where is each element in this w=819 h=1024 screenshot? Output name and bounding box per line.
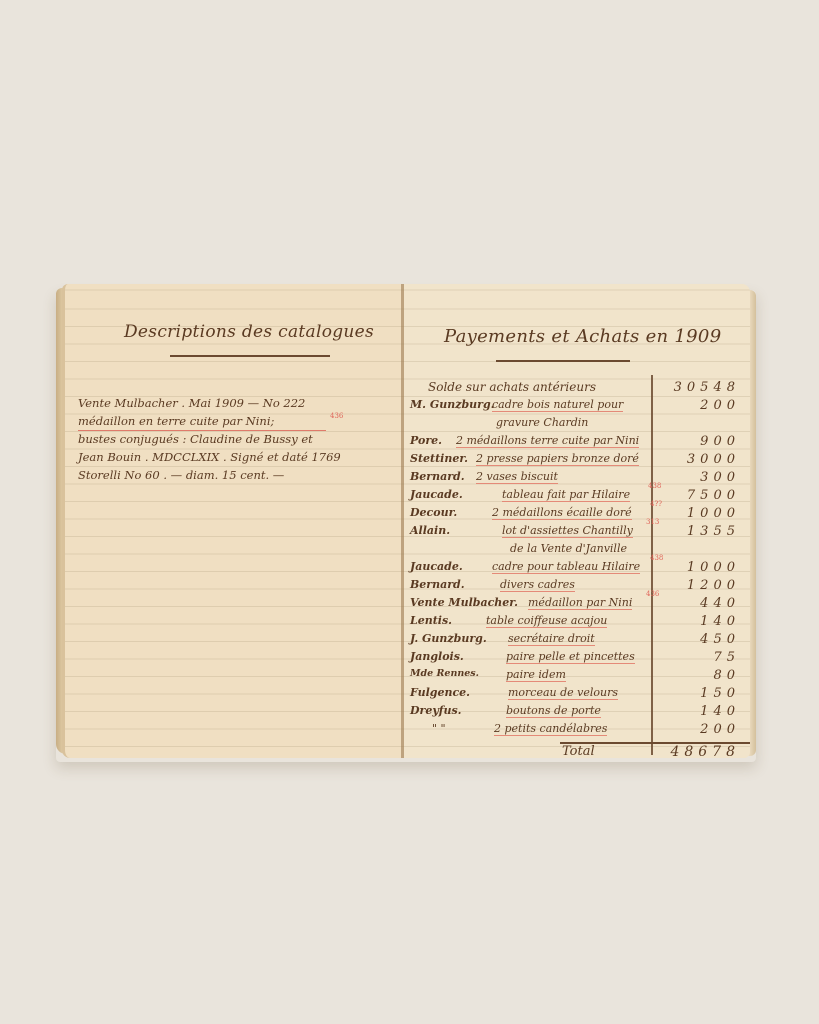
- entry-amount: 450: [700, 632, 740, 647]
- entry-description: cadre pour tableau Hilaire: [492, 560, 640, 574]
- entry-description: boutons de porte: [506, 704, 601, 718]
- entry-description: paire pelle et pincettes: [506, 650, 635, 664]
- margin-mark: 313: [646, 518, 659, 526]
- entry-amount: 1200: [687, 578, 740, 593]
- ledger-row: gravure Chardin: [410, 416, 750, 434]
- entry-name: Fulgence.: [410, 686, 470, 699]
- ledger-row: Jaucade. tableau fait par Hilaire 438 75…: [410, 488, 750, 506]
- entry-name: Bernard.: [410, 470, 465, 483]
- entry-amount: 150: [700, 686, 740, 701]
- entry-name: Decour.: [410, 506, 457, 519]
- ledger-row: Lentis. table coiffeuse acajou 140: [410, 614, 750, 632]
- entry-description: 2 petits candélabres: [494, 722, 607, 736]
- left-title-underline: [170, 355, 330, 357]
- entry-amount: 140: [700, 704, 740, 719]
- catalogue-line: Jean Bouin . MDCCLXIX . Signé et daté 17…: [78, 450, 341, 464]
- right-page-title: Payements et Achats en 1909: [444, 326, 721, 347]
- ledger-row: Fulgence. morceau de velours 150: [410, 686, 750, 704]
- margin-mark: 4??: [650, 500, 662, 508]
- catalogue-line: bustes conjugués : Claudine de Bussy et: [78, 432, 313, 446]
- entry-description: tableau fait par Hilaire: [502, 488, 630, 502]
- entry-description: lot d'assiettes Chantilly: [502, 524, 633, 538]
- margin-mark: 438: [648, 482, 661, 490]
- left-page-title: Descriptions des catalogues: [124, 322, 374, 342]
- ledger-row: Solde sur achats antérieurs 30548: [410, 380, 750, 398]
- ledger-row: Mde Rennes. paire idem 80: [410, 668, 750, 686]
- margin-mark: 438: [650, 554, 663, 562]
- entry-name: Jaucade.: [410, 488, 463, 501]
- entry-amount: 900: [700, 434, 740, 449]
- notebook-spine: [401, 284, 404, 758]
- entry-name: Dreyfus.: [410, 704, 461, 717]
- entry-name: Jaucade.: [410, 560, 463, 573]
- entry-amount: 75: [713, 650, 740, 665]
- total-row: Total 48678: [410, 744, 750, 760]
- catalogue-line: Storelli No 60 . — diam. 15 cent. —: [78, 468, 284, 482]
- ledger-row: " " 2 petits candélabres 200: [410, 722, 750, 740]
- entry-description: 2 médaillons terre cuite par Nini: [456, 434, 639, 448]
- entry-amount: 1000: [687, 506, 740, 521]
- ledger-row: J. Gunzburg. secrétaire droit 450: [410, 632, 750, 650]
- ledger-row: Stettiner. 2 presse papiers bronze doré …: [410, 452, 750, 470]
- margin-mark: 436: [330, 412, 343, 420]
- entry-amount: 7500: [687, 488, 740, 503]
- entry-description: 2 vases biscuit: [476, 470, 558, 484]
- entry-amount: 1000: [687, 560, 740, 575]
- entry-description: 2 médaillons écaille doré: [492, 506, 632, 520]
- entry-description: 2 presse papiers bronze doré: [476, 452, 639, 466]
- entry-description: Solde sur achats antérieurs: [428, 380, 596, 394]
- ledger-row: Vente Mulbacher. médaillon par Nini 436 …: [410, 596, 750, 614]
- entry-description: table coiffeuse acajou: [486, 614, 607, 628]
- ledger-row: de la Vente d'Janville: [410, 542, 750, 560]
- ledger-row: M. Gunzburg. cadre bois naturel pour 200: [410, 398, 750, 416]
- entry-description: morceau de velours: [508, 686, 618, 700]
- entry-name: M. Gunzburg.: [410, 398, 494, 411]
- entry-amount: 200: [700, 398, 740, 413]
- catalogue-line: Vente Mulbacher . Mai 1909 — No 222: [78, 396, 305, 410]
- entry-name: Lentis.: [410, 614, 452, 627]
- entry-name: Mde Rennes.: [410, 668, 479, 679]
- red-underline: [78, 430, 326, 431]
- entry-amount: 200: [700, 722, 740, 737]
- ledger-row: Dreyfus. boutons de porte 140: [410, 704, 750, 722]
- entry-name: Pore.: [410, 434, 442, 447]
- entry-amount: 1355: [687, 524, 740, 539]
- entry-name: Allain.: [410, 524, 450, 537]
- photo-background: { "left_page": { "title": "Descriptions …: [0, 0, 819, 1024]
- ledger-row: Pore. 2 médaillons terre cuite par Nini …: [410, 434, 750, 452]
- margin-mark: 436: [646, 590, 659, 598]
- right-title-underline: [496, 360, 630, 362]
- entry-amount: 30548: [674, 380, 740, 395]
- entry-name: Stettiner.: [410, 452, 468, 465]
- ledger-row: Jaucade. cadre pour tableau Hilaire 438 …: [410, 560, 750, 578]
- total-amount: 48678: [670, 744, 740, 760]
- catalogue-line: médaillon en terre cuite par Nini;: [78, 414, 274, 428]
- entry-name: " ": [432, 722, 446, 735]
- entry-description: cadre bois naturel pour: [492, 398, 623, 412]
- entry-description: médaillon par Nini: [528, 596, 632, 610]
- ledger-row: Janglois. paire pelle et pincettes 75: [410, 650, 750, 668]
- entry-amount: 440: [700, 596, 740, 611]
- ledger-row: Allain. lot d'assiettes Chantilly 313 13…: [410, 524, 750, 542]
- entry-description: paire idem: [506, 668, 566, 682]
- entry-name: Janglois.: [410, 650, 464, 663]
- entry-amount: 300: [700, 470, 740, 485]
- entry-description: secrétaire droit: [508, 632, 595, 646]
- entry-name: Vente Mulbacher.: [410, 596, 518, 609]
- entry-name: Bernard.: [410, 578, 465, 591]
- ledger-row: Bernard. divers cadres 1200: [410, 578, 750, 596]
- total-label: Total: [562, 744, 595, 759]
- entry-description: gravure Chardin: [496, 416, 588, 429]
- ledger-row: Bernard. 2 vases biscuit 300: [410, 470, 750, 488]
- ledger-row: Decour. 2 médaillons écaille doré 4?? 10…: [410, 506, 750, 524]
- entry-amount: 140: [700, 614, 740, 629]
- entry-name: J. Gunzburg.: [410, 632, 487, 645]
- entry-description: divers cadres: [500, 578, 575, 592]
- entry-amount: 3000: [687, 452, 740, 467]
- entry-description: de la Vente d'Janville: [510, 542, 627, 555]
- entry-amount: 80: [713, 668, 740, 683]
